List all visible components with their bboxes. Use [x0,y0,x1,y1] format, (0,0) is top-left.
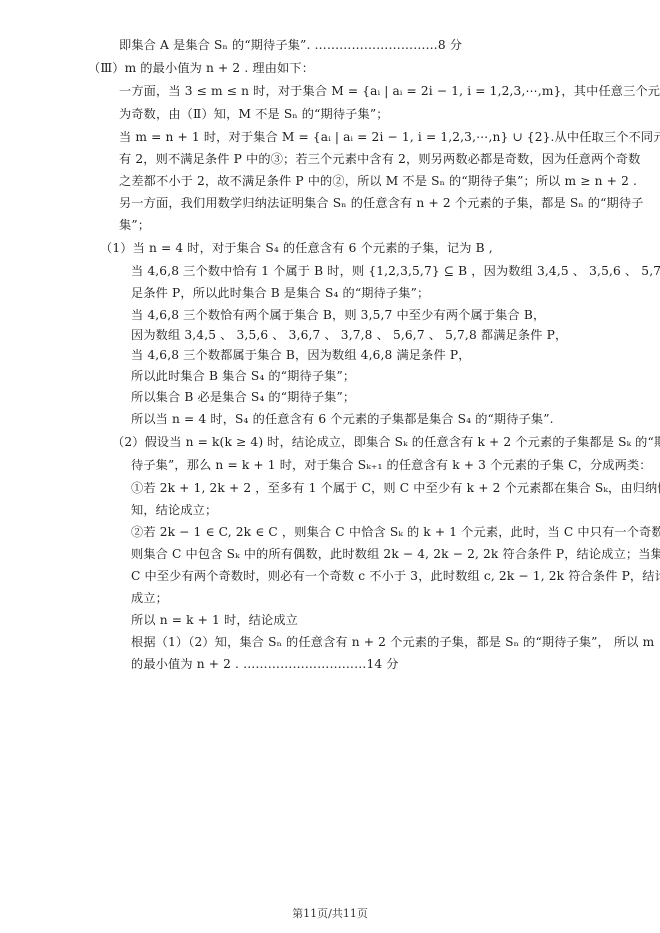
text-line: C 中至少有两个奇数时，则必有一个奇数 c 不小于 3，此时数组 c, 2k −… [131,568,660,584]
text-line: （2）假设当 n = k(k ≥ 4) 时，结论成立，即集合 Sₖ 的任意含有 … [112,434,660,450]
text-line: 成立； [131,590,168,606]
text-line: 当 4,6,8 三个数恰有两个属于集合 B，则 3,5,7 中至少有两个属于集合… [131,307,545,323]
text-line: ②若 2k − 1 ∈ C, 2k ∈ C ，则集合 C 中恰含 Sₖ 的 k … [131,524,660,540]
text-line: （Ⅲ）m 的最小值为 n + 2 . 理由如下： [88,60,314,76]
text-line: 根据（1）（2）知，集合 Sₙ 的任意含有 n + 2 个元素的子集，都是 Sₙ… [131,634,654,650]
page-number-footer: 第11页/共11页 [0,905,660,921]
text-line: 则集合 C 中包含 Sₖ 中的所有偶数，此时数组 2k − 4, 2k − 2,… [131,546,660,562]
text-line: 当 4,6,8 三个数中恰有 1 个属于 B 时，则 {1,2,3,5,7} ⊆… [131,263,660,279]
text-line: 的最小值为 n + 2 . …………………………14 分 [131,656,399,672]
text-line: 所以当 n = 4 时，S₄ 的任意含有 6 个元素的子集都是集合 S₄ 的“期… [131,411,554,427]
text-line: （1）当 n = 4 时，对于集合 S₄ 的任意含有 6 个元素的子集，记为 B… [100,240,493,256]
text-line: 因为数组 3,4,5 、 3,5,6 、 3,6,7 、 3,7,8 、 5,6… [131,327,567,343]
text-line: 足条件 P，所以此时集合 B 是集合 S₄ 的“期待子集”； [131,285,429,301]
text-line: 所以此时集合 B 集合 S₄ 的“期待子集”； [131,368,355,384]
text-line: 所以集合 B 必是集合 S₄ 的“期待子集”； [131,389,355,405]
text-line: 所以 n = k + 1 时，结论成立 [131,612,298,628]
text-line: 当 m = n + 1 时，对于集合 M = {aᵢ | aᵢ = 2i − 1… [119,129,660,145]
text-line: 当 4,6,8 三个数都属于集合 B，因为数组 4,6,8 满足条件 P， [131,347,471,363]
text-line: 有 2，则不满足条件 P 中的③；若三个元素中含有 2，则另两数必都是奇数，因为… [119,151,640,167]
text-line: 一方面，当 3 ≤ m ≤ n 时，对于集合 M = {aᵢ | aᵢ = 2i… [119,83,660,99]
text-line: 为奇数，由（Ⅱ）知，M 不是 Sₙ 的“期待子集”； [119,106,389,122]
text-line: 集”； [119,217,150,233]
document-page: 即集合 A 是集合 Sₙ 的“期待子集”. …………………………8 分（Ⅲ）m … [0,0,660,933]
text-line: 知，结论成立； [131,502,217,518]
text-line: ①若 2k + 1, 2k + 2 ，至多有 1 个属于 C，则 C 中至少有 … [131,480,660,496]
text-line: 另一方面，我们用数学归纳法证明集合 Sₙ 的任意含有 n + 2 个元素的子集，… [119,195,644,211]
text-line: 之差都不小于 2，故不满足条件 P 中的②，所以 M 不是 Sₙ 的“期待子集”… [119,173,637,189]
text-line: 待子集”，那么 n = k + 1 时，对于集合 Sₖ₊₁ 的任意含有 k + … [131,457,652,473]
text-line: 即集合 A 是集合 Sₙ 的“期待子集”. …………………………8 分 [119,37,462,53]
